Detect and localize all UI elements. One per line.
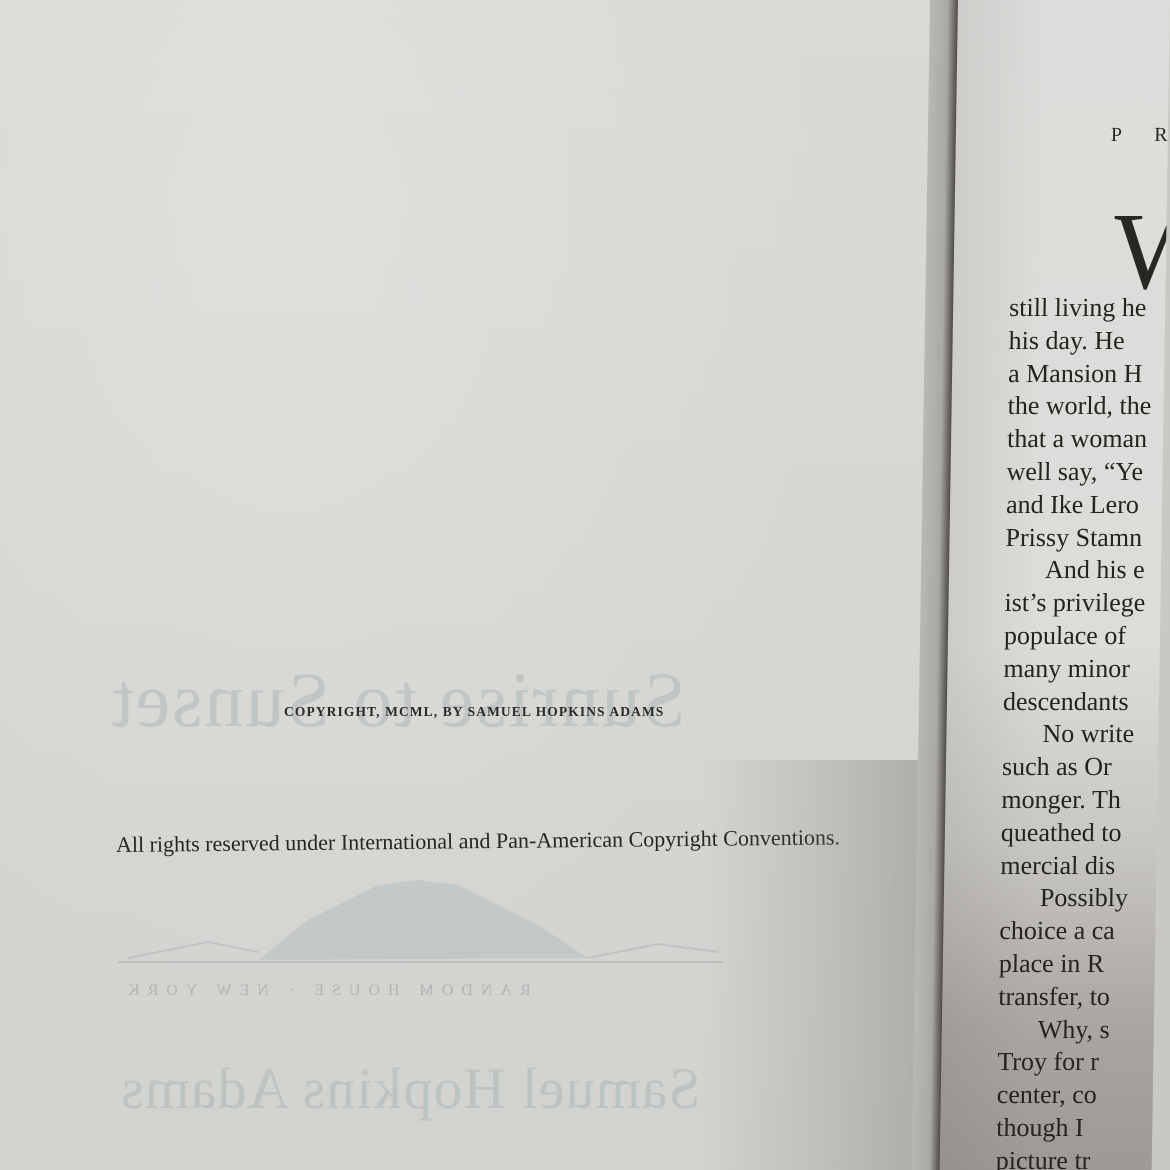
bleed-through-author: Samuel Hopkins Adams: [120, 1055, 701, 1122]
copyright-notice: COPYRIGHT, MCML, BY SAMUEL HOPKINS ADAMS: [284, 704, 664, 720]
text-line: such as Or: [1002, 751, 1146, 784]
text-line: descendants: [1003, 686, 1147, 719]
text-line: his day. He: [1008, 325, 1152, 358]
text-line-paragraph-start: Why, s: [998, 1014, 1142, 1047]
text-line: though I: [996, 1112, 1140, 1145]
text-line: that a woman: [1007, 423, 1151, 456]
text-line: still living he: [1009, 292, 1153, 325]
bleed-through-emblem-icon: [118, 880, 723, 965]
bleed-through-title: Sunrise to Sunset: [110, 655, 686, 745]
text-line: center, co: [997, 1079, 1141, 1112]
text-line: and Ike Lero: [1006, 489, 1150, 522]
text-line: a Mansion H: [1008, 358, 1152, 391]
facing-text-page: P R W still living he his day. He a Mans…: [940, 0, 1170, 1170]
text-line-paragraph-start: No write: [1002, 718, 1146, 751]
text-line: mercial dis: [1000, 850, 1144, 883]
text-line: many minor: [1003, 653, 1147, 686]
bleed-through-publisher: RANDOM HOUSE · NEW YORK: [120, 982, 531, 1000]
text-line: Prissy Stamn: [1005, 522, 1149, 555]
text-line: populace of: [1004, 620, 1148, 653]
text-line: Troy for r: [997, 1046, 1141, 1079]
text-line-paragraph-start: Possibly: [1000, 882, 1144, 915]
drop-cap: W: [1113, 196, 1170, 306]
text-line: monger. Th: [1001, 784, 1145, 817]
body-text: still living he his day. He a Mansion H …: [996, 292, 1154, 1170]
book-spread-photo: Sunrise to Sunset RANDOM HOUSE · NEW YOR…: [0, 0, 1170, 1170]
text-line-paragraph-start: And his e: [1005, 554, 1149, 587]
text-line: ist’s privilege: [1004, 587, 1148, 620]
text-line: queathed to: [1001, 817, 1145, 850]
text-line: well say, “Ye: [1006, 456, 1150, 489]
text-line: the world, the: [1007, 390, 1151, 423]
copyright-page: Sunrise to Sunset RANDOM HOUSE · NEW YOR…: [0, 0, 955, 1170]
text-line: choice a ca: [999, 915, 1143, 948]
text-line: picture tr: [996, 1145, 1140, 1170]
text-line: place in R: [999, 948, 1143, 981]
rights-statement: All rights reserved under International …: [116, 824, 840, 858]
chapter-heading: P R: [1111, 124, 1170, 147]
text-line: transfer, to: [998, 981, 1142, 1014]
